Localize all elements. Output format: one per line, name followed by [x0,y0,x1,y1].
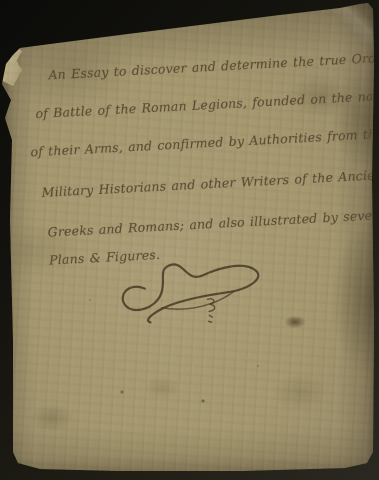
manuscript-line-3: of their Arms, and confirmed by Authorit… [30,126,379,160]
manuscript-line-4: Military Historians and other Writers of… [41,167,379,200]
manuscript-line-2: of Battle of the Roman Legions, founded … [35,87,379,121]
ink-flourish-icon [113,243,287,340]
scan-background: An Essay to discover and determine the t… [0,0,379,480]
manuscript-line-5: Greeks and Romans; and also illustrated … [47,207,379,240]
title-text-block: An Essay to discover and determine the t… [0,0,379,480]
manuscript-page: An Essay to discover and determine the t… [0,0,379,480]
manuscript-line-1: An Essay to discover and determine the t… [48,49,379,82]
